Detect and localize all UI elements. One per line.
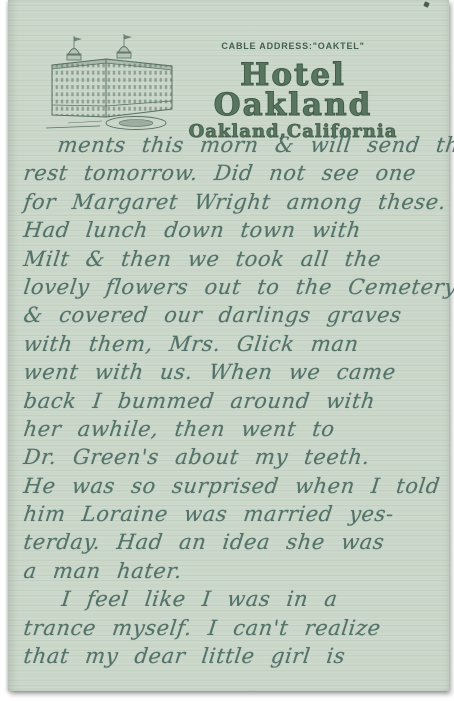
- handwriting-line: terday. Had an idea she was: [22, 528, 454, 556]
- handwriting-line: I feel like I was in a: [22, 585, 454, 613]
- handwriting-line: Dr. Green's about my teeth.: [22, 443, 454, 471]
- left-flag-icon: [74, 36, 82, 48]
- handwriting-line: back I bummed around with: [22, 387, 454, 415]
- handwriting-line: with them, Mrs. Glick man: [22, 330, 454, 358]
- handwriting-line: trance myself. I can't realize: [22, 614, 454, 642]
- handwriting-line: that my dear little girl is: [22, 642, 454, 670]
- handwriting-line: a man hater.: [22, 557, 454, 585]
- right-flag-icon: [124, 34, 132, 46]
- handwriting-line: him Loraine was married yes-: [22, 500, 454, 528]
- handwriting-line: & covered our darlings graves: [22, 301, 454, 329]
- courtyard-garden: [46, 117, 166, 130]
- handwriting-line: He was so surprised when I told: [22, 472, 454, 500]
- handwriting-line: lovely flowers out to the Cemetery: [22, 273, 454, 301]
- building-facades: [52, 59, 172, 117]
- letterhead: CABLE ADDRESS:"OAKTEL" Hotel Oakland Oak…: [158, 0, 428, 142]
- hotel-name: Hotel Oakland: [158, 60, 428, 120]
- handwriting-line: Had lunch down town with: [22, 216, 454, 244]
- handwriting-line: for Margaret Wright among these.: [22, 188, 454, 216]
- handwriting-line: her awhile, then went to: [22, 415, 454, 443]
- handwriting-line: Milt & then we took all the: [22, 245, 454, 273]
- handwriting-line: rest tomorrow. Did not see one: [22, 159, 454, 187]
- handwriting-line: ments this morn & will send the: [22, 131, 454, 159]
- letter-body: ments this morn & will send the rest tom…: [22, 131, 452, 670]
- scanned-letter-paper: CABLE ADDRESS:"OAKTEL" Hotel Oakland Oak…: [8, 0, 449, 691]
- handwriting-line: went with us. When we came: [22, 358, 454, 386]
- cable-address: CABLE ADDRESS:"OAKTEL": [158, 41, 428, 51]
- tower-cupolas: [67, 47, 131, 61]
